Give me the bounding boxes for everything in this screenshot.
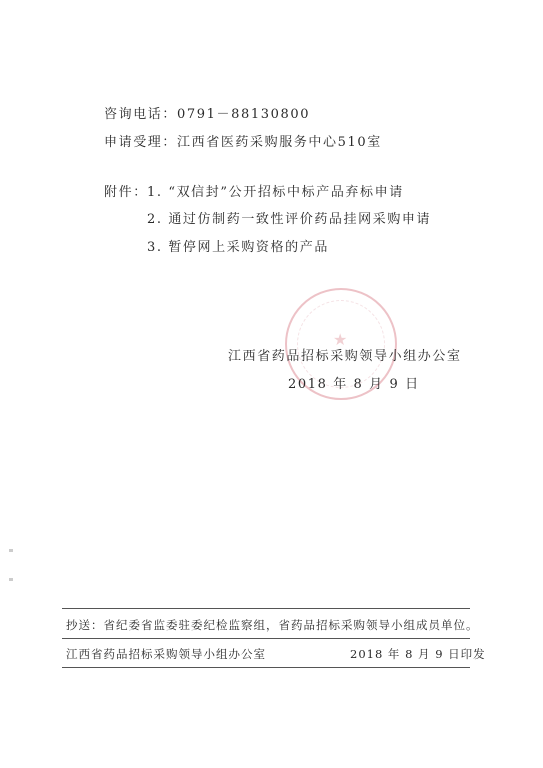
- signature-organization: 江西省药品招标采购领导小组办公室: [228, 345, 462, 364]
- footer-cc: 抄送：省纪委省监委驻委纪检监察组，省药品招标采购领导小组成员单位。: [66, 617, 479, 633]
- contact-phone: 咨询电话：0791－88130800: [104, 103, 310, 122]
- scan-speck: [9, 578, 13, 581]
- footer-issue-date: 2018 年 8 月 9 日印发: [350, 646, 486, 662]
- attachment-item-1: 1. “双信封”公开招标中标产品弃标申请: [147, 181, 404, 200]
- office-label: 申请受理：: [104, 135, 177, 150]
- scan-speck: [9, 549, 13, 552]
- office-value: 江西省医药采购服务中心510室: [177, 135, 382, 150]
- contact-office: 申请受理：江西省医药采购服务中心510室: [104, 131, 382, 150]
- attachments-label: 附件：: [104, 181, 148, 200]
- phone-label: 咨询电话：: [104, 107, 177, 122]
- phone-value: 0791－88130800: [177, 107, 310, 122]
- footer-rule-top: [62, 608, 470, 609]
- footer-rule-bottom: [62, 667, 470, 668]
- signature-date: 2018 年 8 月 9 日: [288, 373, 420, 392]
- footer-rule-middle: [62, 638, 470, 639]
- footer-issuer: 江西省药品招标采购领导小组办公室: [66, 646, 266, 662]
- attachment-item-3: 3. 暂停网上采购资格的产品: [147, 236, 329, 255]
- attachment-item-2: 2. 通过仿制药一致性评价药品挂网采购申请: [147, 208, 431, 227]
